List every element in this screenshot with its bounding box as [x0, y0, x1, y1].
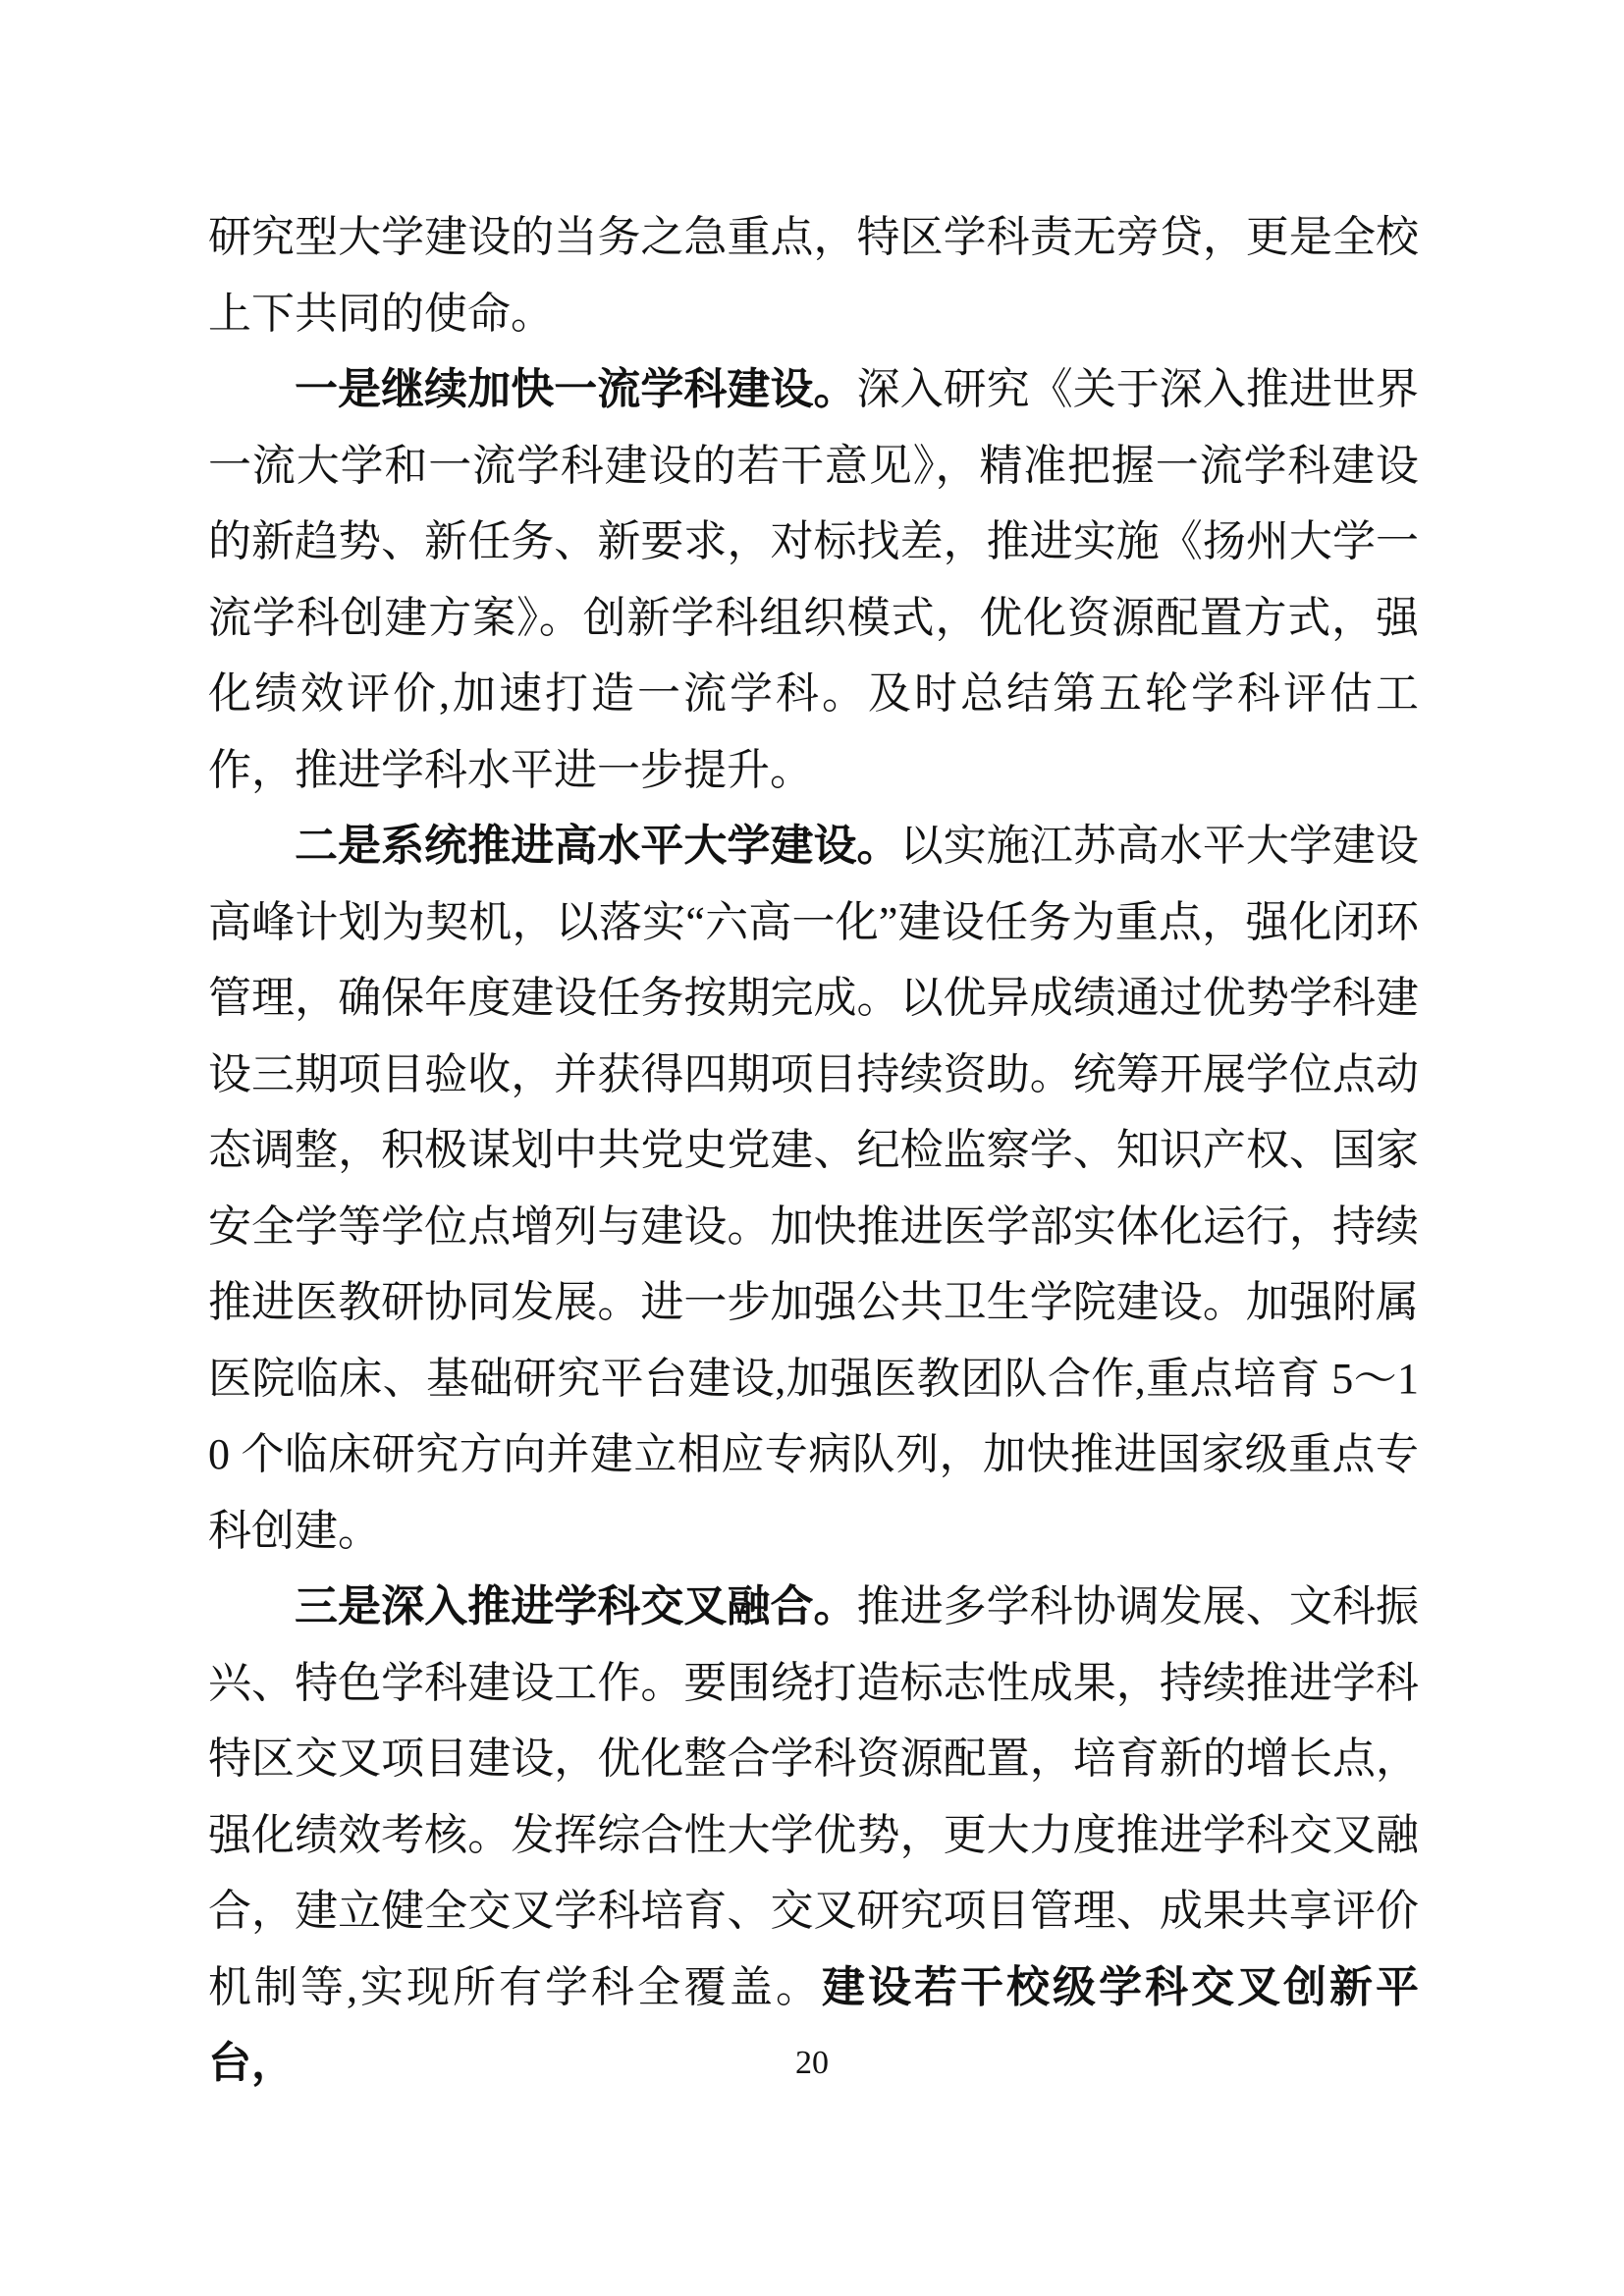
paragraph-lead-bold: 一是继续加快一流学科建设。 — [295, 365, 857, 413]
paragraph-continuation: 研究型大学建设的当务之急重点，特区学科责无旁贷，更是全校上下共同的使命。 — [208, 199, 1419, 351]
paragraph-text: 研究型大学建设的当务之急重点，特区学科责无旁贷，更是全校上下共同的使命。 — [208, 213, 1419, 338]
paragraph-lead-bold: 三是深入推进学科交叉融合。 — [295, 1582, 857, 1630]
paragraph-text: 以实施江苏高水平大学建设高峰计划为契机，以落实“六高一化”建设任务为重点，强化闭… — [208, 822, 1419, 1555]
paragraph-point-one: 一是继续加快一流学科建设。深入研究《关于深入推进世界一流大学和一流学科建设的若干… — [208, 351, 1419, 808]
paragraph-lead-bold: 二是系统推进高水平大学建设。 — [295, 822, 900, 870]
paragraph-text: 深入研究《关于深入推进世界一流大学和一流学科建设的若干意见》，精准把握一流学科建… — [208, 365, 1419, 794]
page-number: 20 — [0, 2044, 1624, 2083]
paragraph-point-two: 二是系统推进高水平大学建设。以实施江苏高水平大学建设高峰计划为契机，以落实“六高… — [208, 808, 1419, 1569]
paragraph-text: 推进多学科协调发展、文科振兴、特色学科建设工作。要围绕打造标志性成果，持续推进学… — [208, 1582, 1419, 2011]
page-body-text: 研究型大学建设的当务之急重点，特区学科责无旁贷，更是全校上下共同的使命。 一是继… — [208, 199, 1419, 2102]
paragraph-point-three: 三是深入推进学科交叉融合。推进多学科协调发展、文科振兴、特色学科建设工作。要围绕… — [208, 1569, 1419, 2102]
document-page: 研究型大学建设的当务之急重点，特区学科责无旁贷，更是全校上下共同的使命。 一是继… — [0, 0, 1624, 2296]
